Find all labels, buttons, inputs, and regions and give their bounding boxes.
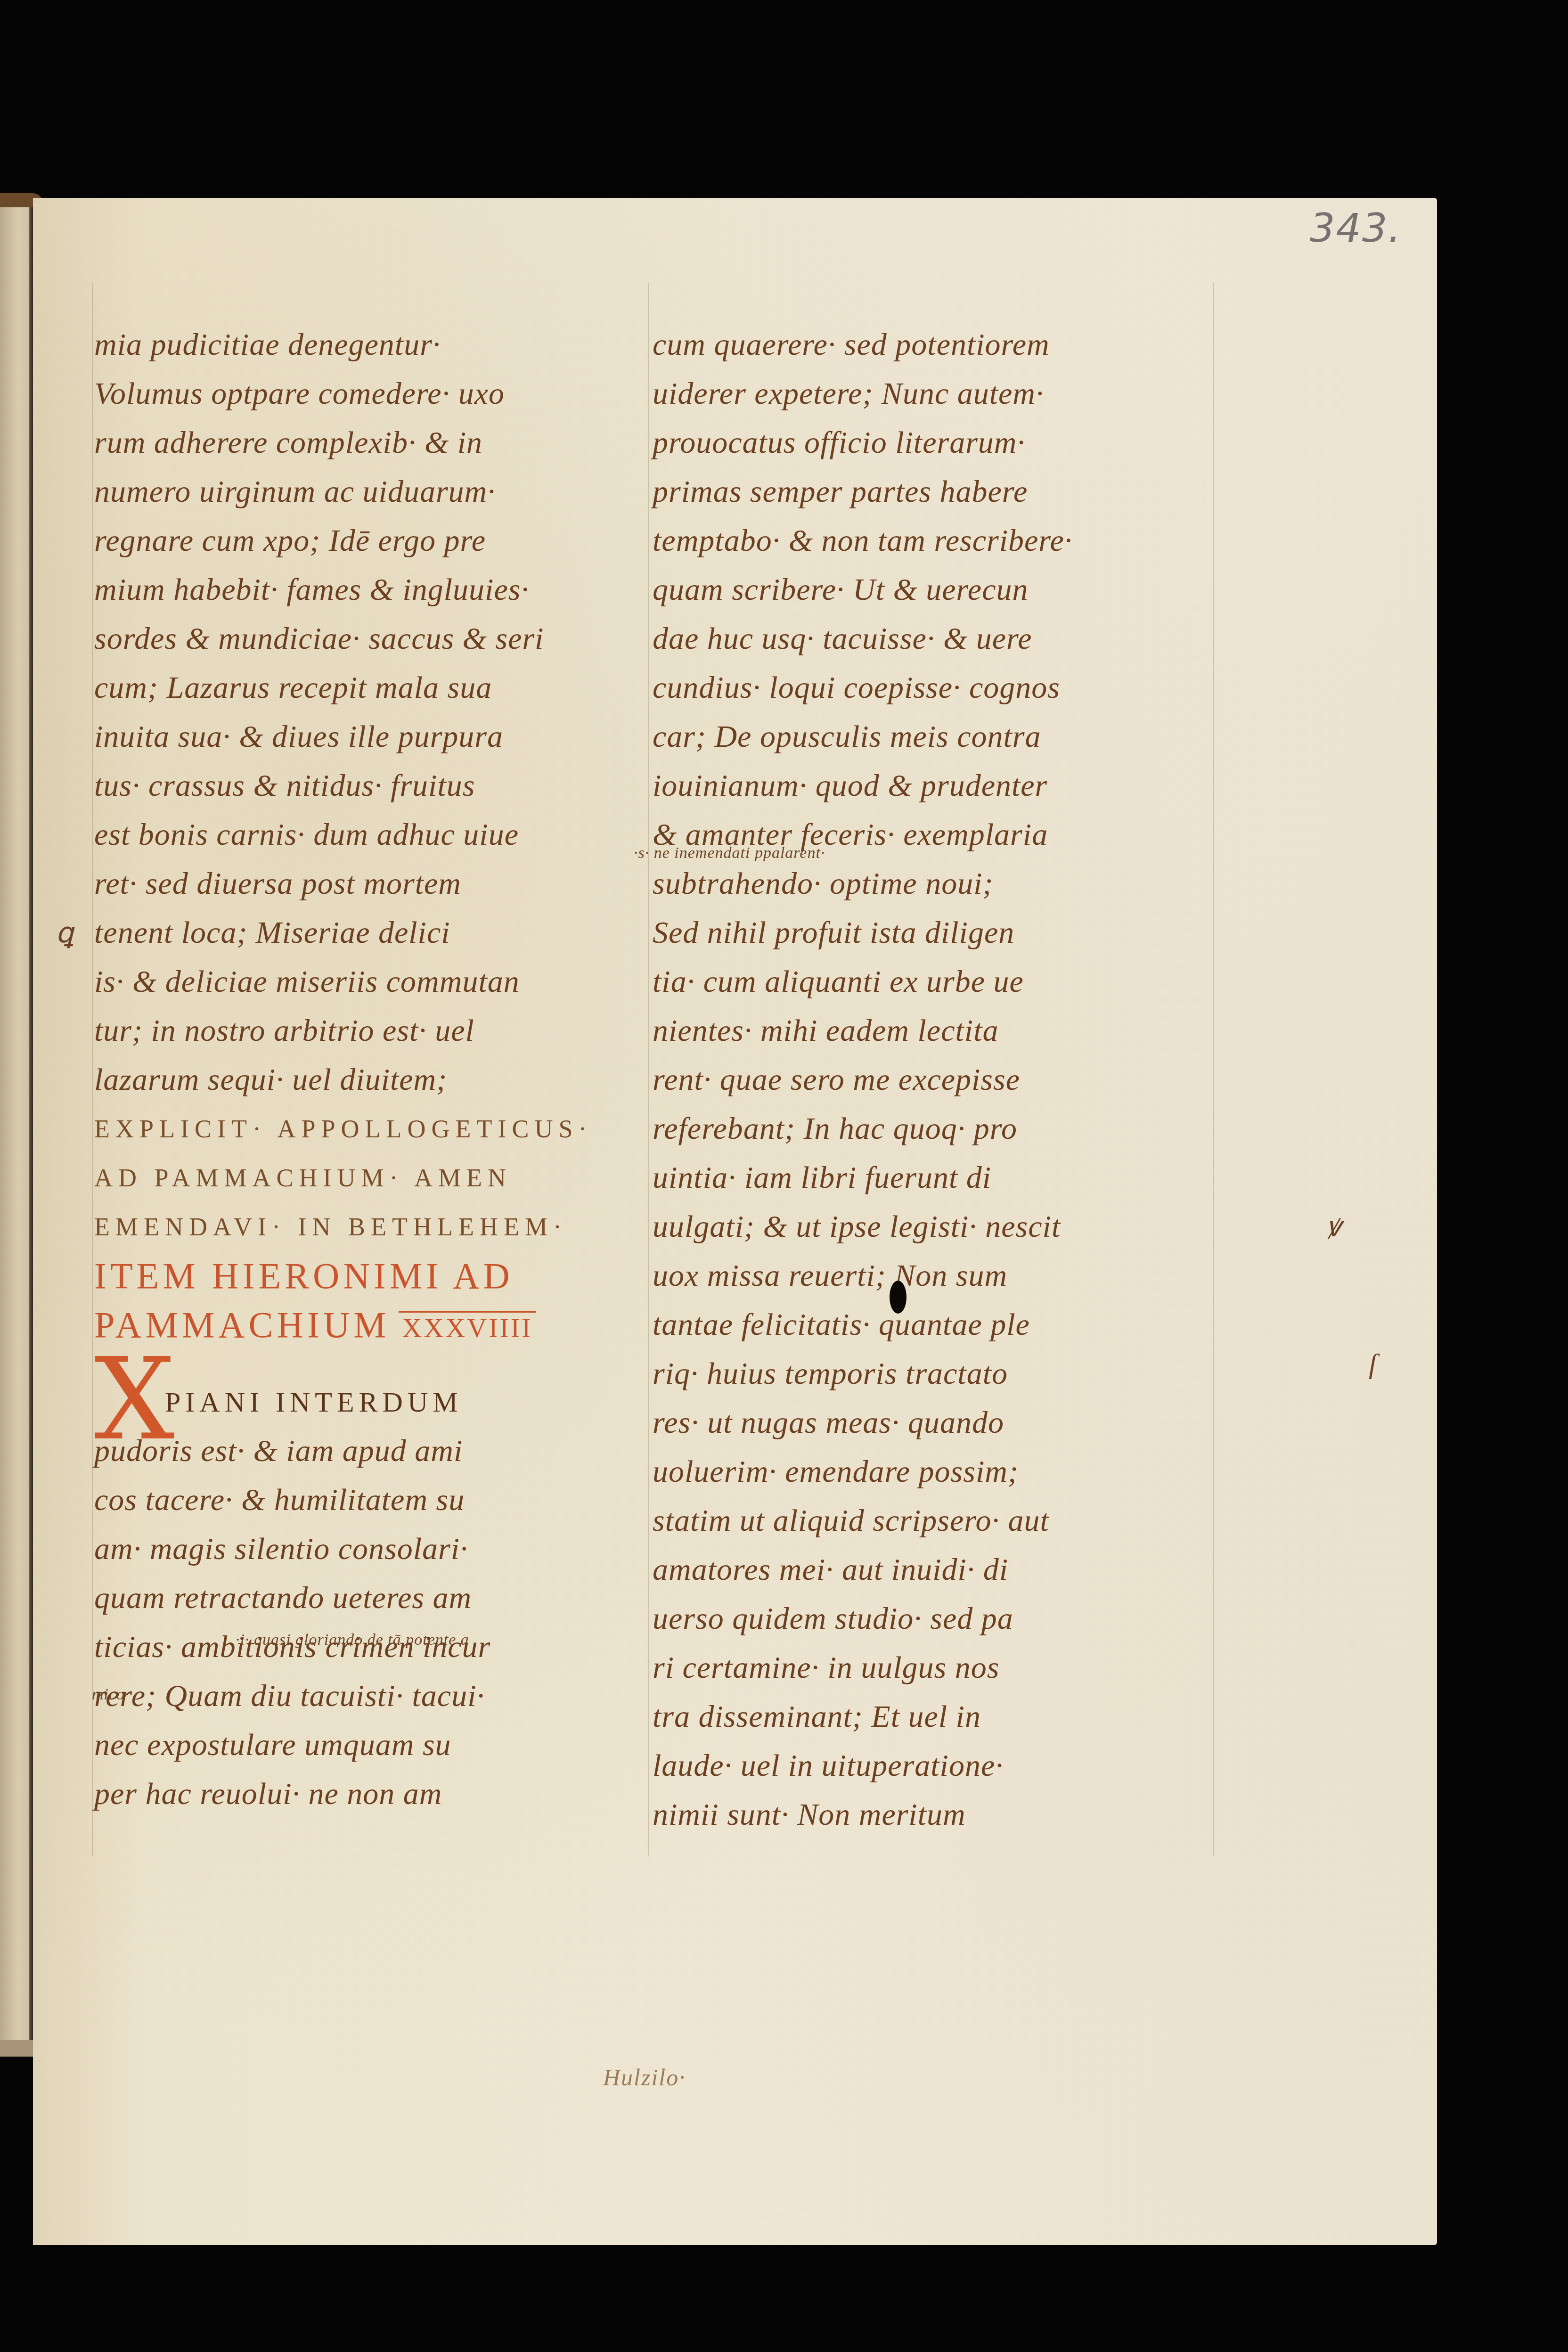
text-line: referebant; In hac quoq· pro bbox=[653, 1104, 1218, 1153]
text-line: nec expostulare umquam su bbox=[94, 1721, 655, 1770]
text-line: Sed nihil profuit ista diligen bbox=[653, 908, 1218, 957]
text-line: car; De opusculis meis contra bbox=[653, 712, 1218, 761]
text-line: laude· uel in uituperatione· bbox=[653, 1741, 1218, 1790]
text-line: rere; Quam diu tacuisti· tacui· bbox=[94, 1672, 655, 1721]
text-line: rent· quae sero me excepisse bbox=[653, 1055, 1218, 1104]
text-line: am· magis silentio consolari· bbox=[94, 1525, 655, 1574]
text-line: numero uirginum ac uiduarum· bbox=[94, 467, 655, 516]
text-line: prouocatus officio literarum· bbox=[653, 418, 1218, 467]
text-line: est bonis carnis· dum adhuc uiue bbox=[94, 810, 655, 859]
text-line: ret· sed diuersa post mortem bbox=[94, 859, 655, 908]
text-line: tra disseminant; Et uel in bbox=[653, 1692, 1218, 1741]
text-line: uintia· iam libri fuerunt di bbox=[653, 1153, 1218, 1202]
incipit-line: PIANI INTERDUM bbox=[94, 1378, 655, 1427]
text-line: temptabo· & non tam rescribere· bbox=[653, 516, 1218, 565]
text-line: dae huc usq· tacuisse· & uere bbox=[653, 614, 1218, 663]
text-line: tur; in nostro arbitrio est· uel bbox=[94, 1006, 655, 1055]
text-line: tus· crassus & nitidus· fruitus bbox=[94, 761, 655, 810]
text-line: tenent loca; Miseriae delici bbox=[94, 908, 655, 957]
text-line: mium habebit· fames & ingluuies· bbox=[94, 565, 655, 614]
text-line: quam retractando ueteres am bbox=[94, 1574, 655, 1623]
rubric-title-line-1: ITEM HIERONIMI AD bbox=[94, 1251, 655, 1300]
interlinear-gloss: ·i· quasi gloriando de tā potente a bbox=[236, 1631, 469, 1649]
text-line: statim ut aliquid scripsero· aut bbox=[653, 1496, 1218, 1545]
previous-leaf-edge bbox=[0, 207, 33, 2045]
left-column: mia pudicitiae denegentur· Volumus optpa… bbox=[94, 320, 655, 1819]
text-line: per hac reuolui· ne non am bbox=[94, 1770, 655, 1819]
interlinear-gloss: ·s· ne inemendati ppalarent· bbox=[634, 844, 825, 862]
explicit-line: EMENDAVI· IN BETHLEHEM· bbox=[94, 1202, 655, 1251]
text-line: uerso quidem studio· sed pa bbox=[653, 1594, 1218, 1643]
text-line: regnare cum xpo; Idē ergo pre bbox=[94, 516, 655, 565]
text-line: ri certamine· in uulgus nos bbox=[653, 1643, 1218, 1692]
scribe-signature: Hulzilo· bbox=[603, 2064, 686, 2091]
margin-gloss: mico· bbox=[92, 1686, 130, 1704]
text-line: uox missa reuerti; Non sum bbox=[653, 1251, 1218, 1300]
explicit-line: AD PAMMACHIUM· AMEN bbox=[94, 1153, 655, 1202]
folio-number: 343. bbox=[1310, 205, 1402, 251]
text-line: riq· huius temporis tractato bbox=[653, 1349, 1218, 1398]
text-line: pudoris est· & iam apud ami bbox=[94, 1427, 655, 1476]
text-line: inuita sua· & diues ille purpura bbox=[94, 712, 655, 761]
margin-mark-left: ꝗ bbox=[56, 916, 73, 949]
text-line: nientes· mihi eadem lectita bbox=[653, 1006, 1218, 1055]
ink-blot bbox=[890, 1281, 906, 1314]
text-line: Volumus optpare comedere· uxo bbox=[94, 369, 655, 418]
text-line: cundius· loqui coepisse· cognos bbox=[653, 663, 1218, 712]
text-line: primas semper partes habere bbox=[653, 467, 1218, 516]
text-line: cum; Lazarus recepit mala sua bbox=[94, 663, 655, 712]
text-line: tantae felicitatis· quantae ple bbox=[653, 1300, 1218, 1349]
margin-mark-right: ſ bbox=[1369, 1347, 1377, 1380]
rubric-title-line-2: PAMMACHIUMXXXVIIII bbox=[94, 1300, 655, 1349]
text-line: subtrahendo· optime noui; bbox=[653, 859, 1218, 908]
text-line: res· ut nugas meas· quando bbox=[653, 1398, 1218, 1447]
text-line: iouinianum· quod & prudenter bbox=[653, 761, 1218, 810]
text-line: nimii sunt· Non meritum bbox=[653, 1790, 1218, 1839]
text-line: rum adherere complexib· & in bbox=[94, 418, 655, 467]
right-column: cum quaerere· sed potentiorem uiderer ex… bbox=[653, 320, 1218, 1839]
text-line: is· & deliciae miseriis commutan bbox=[94, 957, 655, 1006]
text-line: mia pudicitiae denegentur· bbox=[94, 320, 655, 369]
text-line: amatores mei· aut inuidi· di bbox=[653, 1545, 1218, 1594]
ruling-left-outer bbox=[92, 283, 93, 1856]
text-line: tia· cum aliquanti ex urbe ue bbox=[653, 957, 1218, 1006]
text-line: lazarum sequi· uel diuitem; bbox=[94, 1055, 655, 1104]
margin-mark-right: ꝟ bbox=[1326, 1206, 1340, 1245]
text-line: quam scribere· Ut & uerecun bbox=[653, 565, 1218, 614]
text-line: cum quaerere· sed potentiorem bbox=[653, 320, 1218, 369]
text-line: uiderer expetere; Nunc autem· bbox=[653, 369, 1218, 418]
text-line: cos tacere· & humilitatem su bbox=[94, 1476, 655, 1525]
decorated-initial: X bbox=[94, 1343, 175, 1456]
rubric-letter-number: XXXVIIII bbox=[399, 1311, 537, 1343]
text-line: sordes & mundiciae· saccus & seri bbox=[94, 614, 655, 663]
explicit-line: EXPLICIT· APPOLLOGETICUS· bbox=[94, 1104, 655, 1153]
text-line: uulgati; & ut ipse legisti· nescit bbox=[653, 1202, 1218, 1251]
text-line: uoluerim· emendare possim; bbox=[653, 1447, 1218, 1496]
